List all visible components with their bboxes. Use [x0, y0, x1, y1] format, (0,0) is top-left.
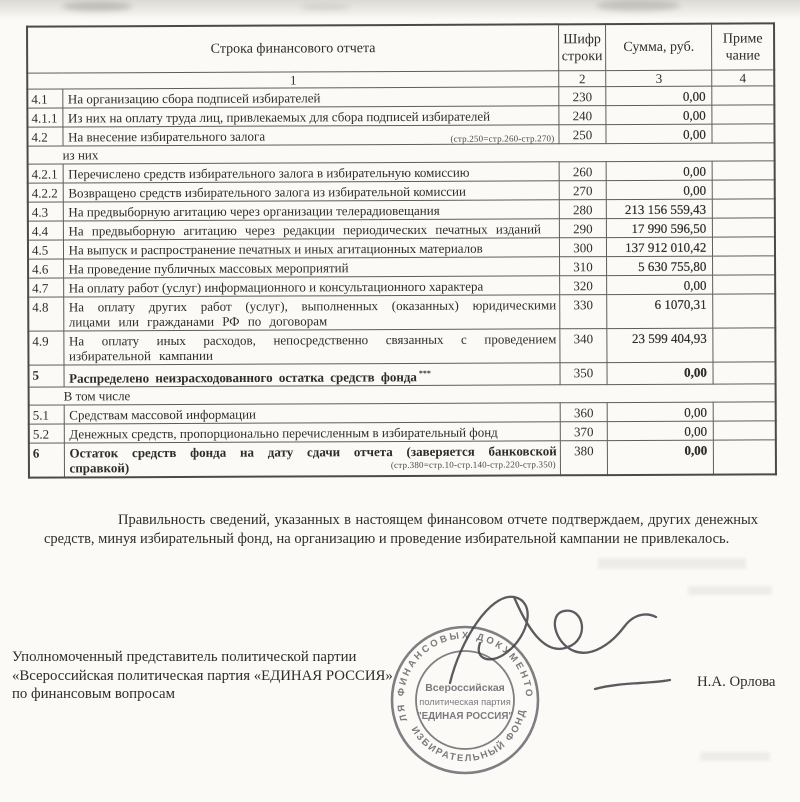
- row-number-cell: 5.1: [29, 405, 64, 424]
- line-code-cell: 350: [560, 363, 607, 386]
- scan-artifact: [598, 558, 746, 569]
- line-code-cell: 370: [560, 422, 607, 441]
- line-text: Из них на оплату труда лиц, привлекаемых…: [68, 109, 490, 126]
- note-cell: [714, 440, 776, 475]
- line-text-cell: Перечислено средств избирательного залог…: [63, 162, 559, 183]
- note-cell: [713, 328, 775, 362]
- amount-cell: 6 1070,31: [607, 294, 713, 328]
- line-formula: (стр.250=стр.260-стр.270): [450, 131, 554, 146]
- line-text-cell: На внесение избирательного залога(стр.25…: [63, 125, 559, 146]
- line-text: Денежных средств, пропорционально перечи…: [69, 425, 497, 442]
- line-code-cell: 230: [559, 87, 606, 106]
- note-cell: [713, 402, 775, 421]
- row-number-cell: 4.1.1: [27, 108, 62, 127]
- note-cell: [712, 124, 774, 143]
- line-text-cell: На оплату работ (услуг) информационного …: [63, 276, 559, 297]
- column-index: 2: [559, 71, 606, 87]
- line-code-cell: 260: [559, 162, 606, 181]
- scanned-report-page: Строка финансового отчета Шифр строки Су…: [0, 0, 800, 802]
- note-cell: [712, 105, 774, 124]
- line-text-cell: Денежных средств, пропорционально перечи…: [64, 422, 560, 443]
- line-text: На выпуск и распространение печатных и и…: [69, 241, 483, 258]
- line-text: На проведение публичных массовых меропри…: [69, 260, 349, 276]
- col-header-note: Приме чание: [712, 23, 774, 70]
- line-text-cell: На предвыборную агитацию через организац…: [63, 200, 559, 221]
- amount-cell: 0,00: [606, 86, 712, 105]
- line-code-cell: 320: [560, 276, 607, 295]
- row-number-cell: 4.5: [28, 240, 63, 259]
- row-number-cell: 4.4: [28, 221, 63, 240]
- row-number-cell: 4.2.1: [28, 164, 63, 183]
- line-text: Распределено неизрасходованного остатка …: [69, 369, 417, 386]
- amount-cell: 5 630 755,80: [607, 256, 713, 275]
- amount-cell: 0,00: [607, 275, 713, 294]
- line-text: Перечислено средств избирательного залог…: [68, 165, 469, 182]
- amount-cell: 0,00: [606, 105, 712, 124]
- amount-cell: 17 990 596,50: [606, 218, 712, 237]
- header-row: Строка финансового отчета Шифр строки Су…: [27, 23, 774, 73]
- row-number-cell: 4.2: [27, 127, 62, 146]
- line-code-cell: 280: [559, 200, 606, 219]
- footnote-marker: ***: [419, 369, 431, 378]
- signatory-line: «Всероссийская политическая партия «ЕДИН…: [12, 667, 442, 686]
- line-text-cell: Распределено неизрасходованного остатка …: [64, 363, 560, 387]
- note-cell: [712, 161, 774, 180]
- line-code-cell: 290: [559, 219, 606, 238]
- amount-cell: 0,00: [606, 161, 712, 180]
- report-row: 6Остаток средств фонда на дату сдачи отч…: [29, 440, 776, 478]
- row-number-cell: 5.2: [29, 424, 64, 443]
- signature-stroke: [514, 597, 656, 653]
- line-text-cell: Остаток средств фонда на дату сдачи отче…: [64, 441, 560, 478]
- amount-cell: 213 156 559,43: [606, 199, 712, 218]
- line-code-cell: 250: [559, 125, 606, 144]
- line-text: На внесение избирательного залога: [68, 129, 265, 145]
- line-text-cell: На проведение публичных массовых меропри…: [63, 257, 559, 278]
- stamp-center-line3: "ЕДИНАЯ РОССИЯ": [417, 711, 513, 722]
- scan-artifact: [300, 4, 350, 10]
- line-text-cell: На предвыборную агитацию через редакции …: [63, 219, 559, 240]
- scan-artifact: [688, 586, 772, 595]
- note-cell: [712, 86, 774, 105]
- row-number-cell: 4.6: [28, 259, 63, 278]
- note-cell: [714, 421, 776, 440]
- note-cell: [713, 199, 775, 218]
- scan-artifact: [700, 752, 770, 761]
- amount-cell: 0,00: [607, 402, 713, 421]
- column-index: 4: [712, 70, 774, 86]
- line-text: На предвыборную агитацию через организац…: [68, 203, 439, 220]
- line-code-cell: 330: [560, 295, 607, 329]
- line-code-cell: 240: [559, 106, 606, 125]
- report-row: 4.9На оплату иных расходов, непосредстве…: [28, 328, 775, 365]
- line-text-cell: На выпуск и распространение печатных и и…: [63, 238, 559, 259]
- line-text: На предвыборную агитацию через редакции …: [68, 221, 541, 238]
- scan-artifact: [62, 2, 132, 11]
- line-text-cell: Средствам массовой информации: [64, 403, 560, 424]
- amount-cell: 137 912 010,42: [606, 237, 712, 256]
- report-row: 5Распределено неизрасходованного остатка…: [28, 362, 775, 388]
- note-cell: [713, 180, 775, 199]
- amount-cell: 0,00: [607, 440, 713, 475]
- signature-stroke: [450, 597, 528, 683]
- row-number-cell: 4.9: [28, 331, 63, 365]
- col-header-sum: Сумма, руб.: [606, 24, 712, 71]
- line-text-cell: На оплату других работ (услуг), выполнен…: [63, 295, 559, 331]
- line-text: На оплату других работ (услуг), выполнен…: [69, 297, 556, 329]
- amount-cell: 23 599 404,93: [607, 328, 713, 362]
- signatory-name: Н.А. Орлова: [697, 674, 776, 691]
- note-cell: [713, 362, 775, 385]
- line-text: Средствам массовой информации: [69, 407, 256, 423]
- signatory-line: Уполномоченный представитель политическо…: [12, 648, 442, 667]
- row-number-cell: 4.7: [28, 278, 63, 297]
- amount-cell: 0,00: [606, 124, 712, 143]
- signatory-line: по финансовым вопросам: [12, 685, 442, 704]
- finance-report-table: Строка финансового отчета Шифр строки Су…: [26, 22, 777, 479]
- note-cell: [713, 294, 775, 328]
- report-row: 4.8На оплату других работ (услуг), выпол…: [28, 294, 775, 331]
- signatory-block: Уполномоченный представитель политическо…: [12, 648, 442, 704]
- note-cell: [713, 218, 775, 237]
- line-text: На оплату работ (услуг) информационного …: [69, 279, 484, 296]
- scan-artifact: [596, 0, 680, 11]
- row-number-cell: 4.8: [28, 297, 63, 331]
- line-text-cell: Из них на оплату труда лиц, привлекаемых…: [62, 106, 558, 127]
- col-header-line: Строка финансового отчета: [27, 24, 559, 73]
- note-cell: [713, 275, 775, 294]
- line-formula: (стр.380=стр.10-стр.140-стр.220-стр.350): [391, 458, 556, 474]
- line-code-cell: 360: [560, 403, 607, 422]
- line-text-cell: На оплату иных расходов, непосредственно…: [63, 329, 559, 365]
- amount-cell: 0,00: [607, 421, 713, 440]
- line-text-cell: Возвращено средств избирательного залога…: [63, 181, 559, 202]
- line-text: На организацию сбора подписей избирателе…: [68, 90, 321, 106]
- signature-stroke: [595, 680, 670, 689]
- row-number-cell: 6: [29, 443, 64, 478]
- col-header-code: Шифр строки: [558, 24, 605, 71]
- row-number-cell: 4.2.2: [28, 183, 63, 202]
- line-text-cell: На организацию сбора подписей избирателе…: [62, 87, 558, 108]
- line-code-cell: 270: [559, 181, 606, 200]
- line-text: На оплату иных расходов, непосредственно…: [69, 331, 556, 363]
- confirmation-paragraph: Правильность сведений, указанных в насто…: [44, 511, 758, 548]
- note-cell: [713, 237, 775, 256]
- line-text: Возвращено средств избирательного залога…: [68, 184, 466, 201]
- line-code-cell: 300: [559, 238, 606, 257]
- amount-cell: 0,00: [606, 180, 712, 199]
- line-code-cell: 380: [560, 441, 607, 476]
- row-number-cell: 5: [28, 365, 63, 387]
- note-cell: [713, 256, 775, 275]
- column-index: 3: [606, 70, 712, 86]
- line-code-cell: 310: [559, 257, 606, 276]
- handwritten-signature: [412, 583, 692, 708]
- row-number-cell: 4.1: [27, 89, 62, 108]
- row-number-cell: 4.3: [28, 202, 63, 221]
- amount-cell: 0,00: [607, 362, 713, 385]
- line-code-cell: 340: [560, 329, 607, 363]
- report-table-body: 4.1На организацию сбора подписей избират…: [27, 86, 776, 478]
